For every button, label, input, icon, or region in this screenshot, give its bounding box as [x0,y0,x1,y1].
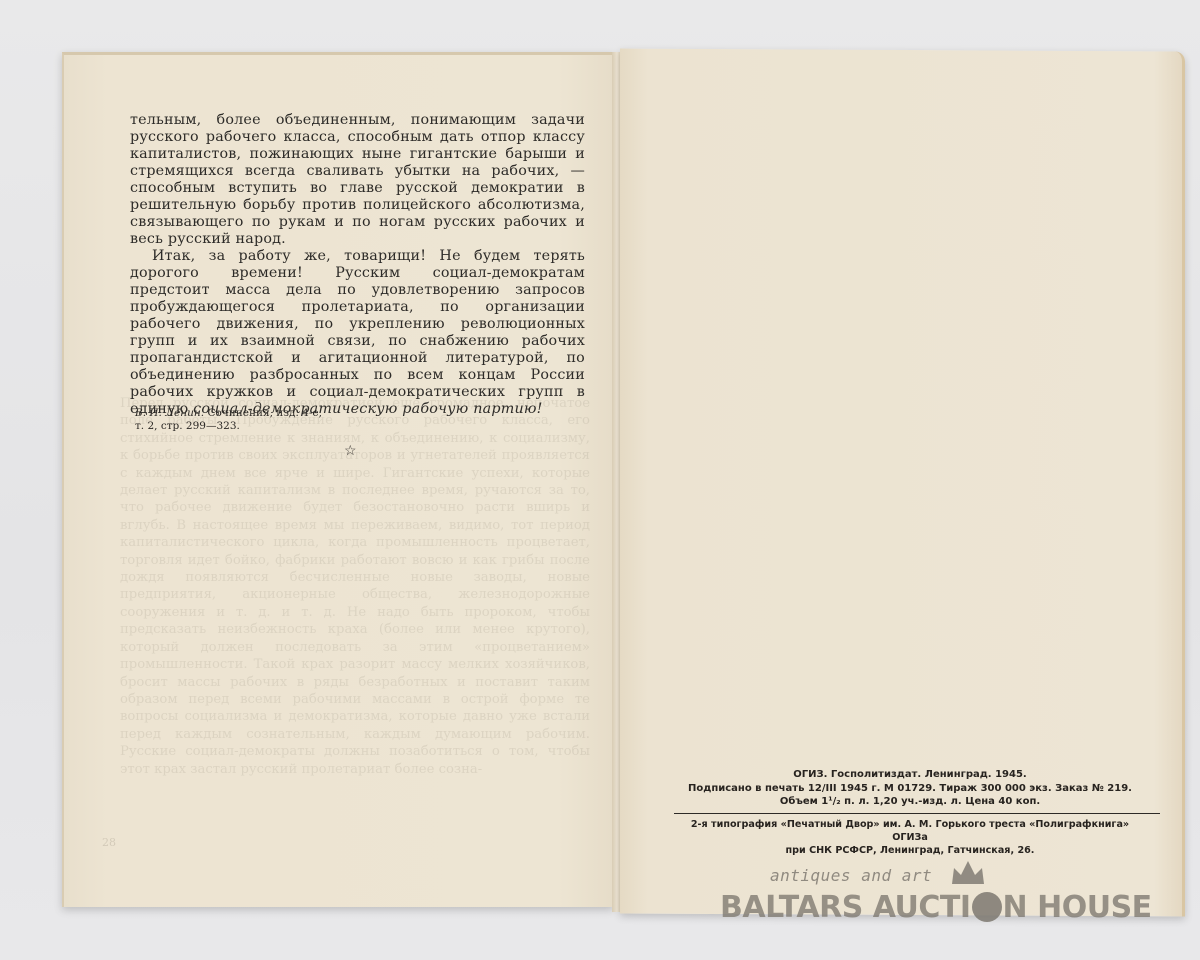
publisher-imprint: ОГИЗ. Госполитиздат. Ленинград. 1945. По… [680,768,1140,857]
citation-pages: т. 2, стр. 299—323. [135,420,322,433]
paragraph-2: Итак, за работу же, товарищи! Не будем т… [130,248,585,418]
citation-author: В. И. Ленин. [135,407,204,419]
imprint-printer: 2-я типография «Печатный Двор» им. А. М.… [680,818,1140,844]
citation-work: Сочинения, изд. 4-е, [204,407,322,419]
citation: В. И. Ленин. Сочинения, изд. 4-е, т. 2, … [135,407,322,432]
paragraph-2-text: Итак, за работу же, товарищи! Не будем т… [130,248,585,417]
main-text: тельным, более объединенным, понимающим … [130,112,585,418]
imprint-volume-price: Объем 1¹/₂ п. л. 1,20 уч.-изд. л. Цена 4… [680,795,1140,809]
imprint-printer-address: при СНК РСФСР, Ленинград, Гатчинская, 26… [680,844,1140,857]
page-number: 28 [102,836,116,849]
imprint-print-details: Подписано в печать 12/III 1945 г. М 0172… [680,782,1140,796]
star-ornament-icon: ☆ [344,443,357,459]
imprint-divider [674,813,1160,814]
paragraph-1: тельным, более объединенным, понимающим … [130,112,585,248]
imprint-publisher: ОГИЗ. Госполитиздат. Ленинград. 1945. [680,768,1140,782]
